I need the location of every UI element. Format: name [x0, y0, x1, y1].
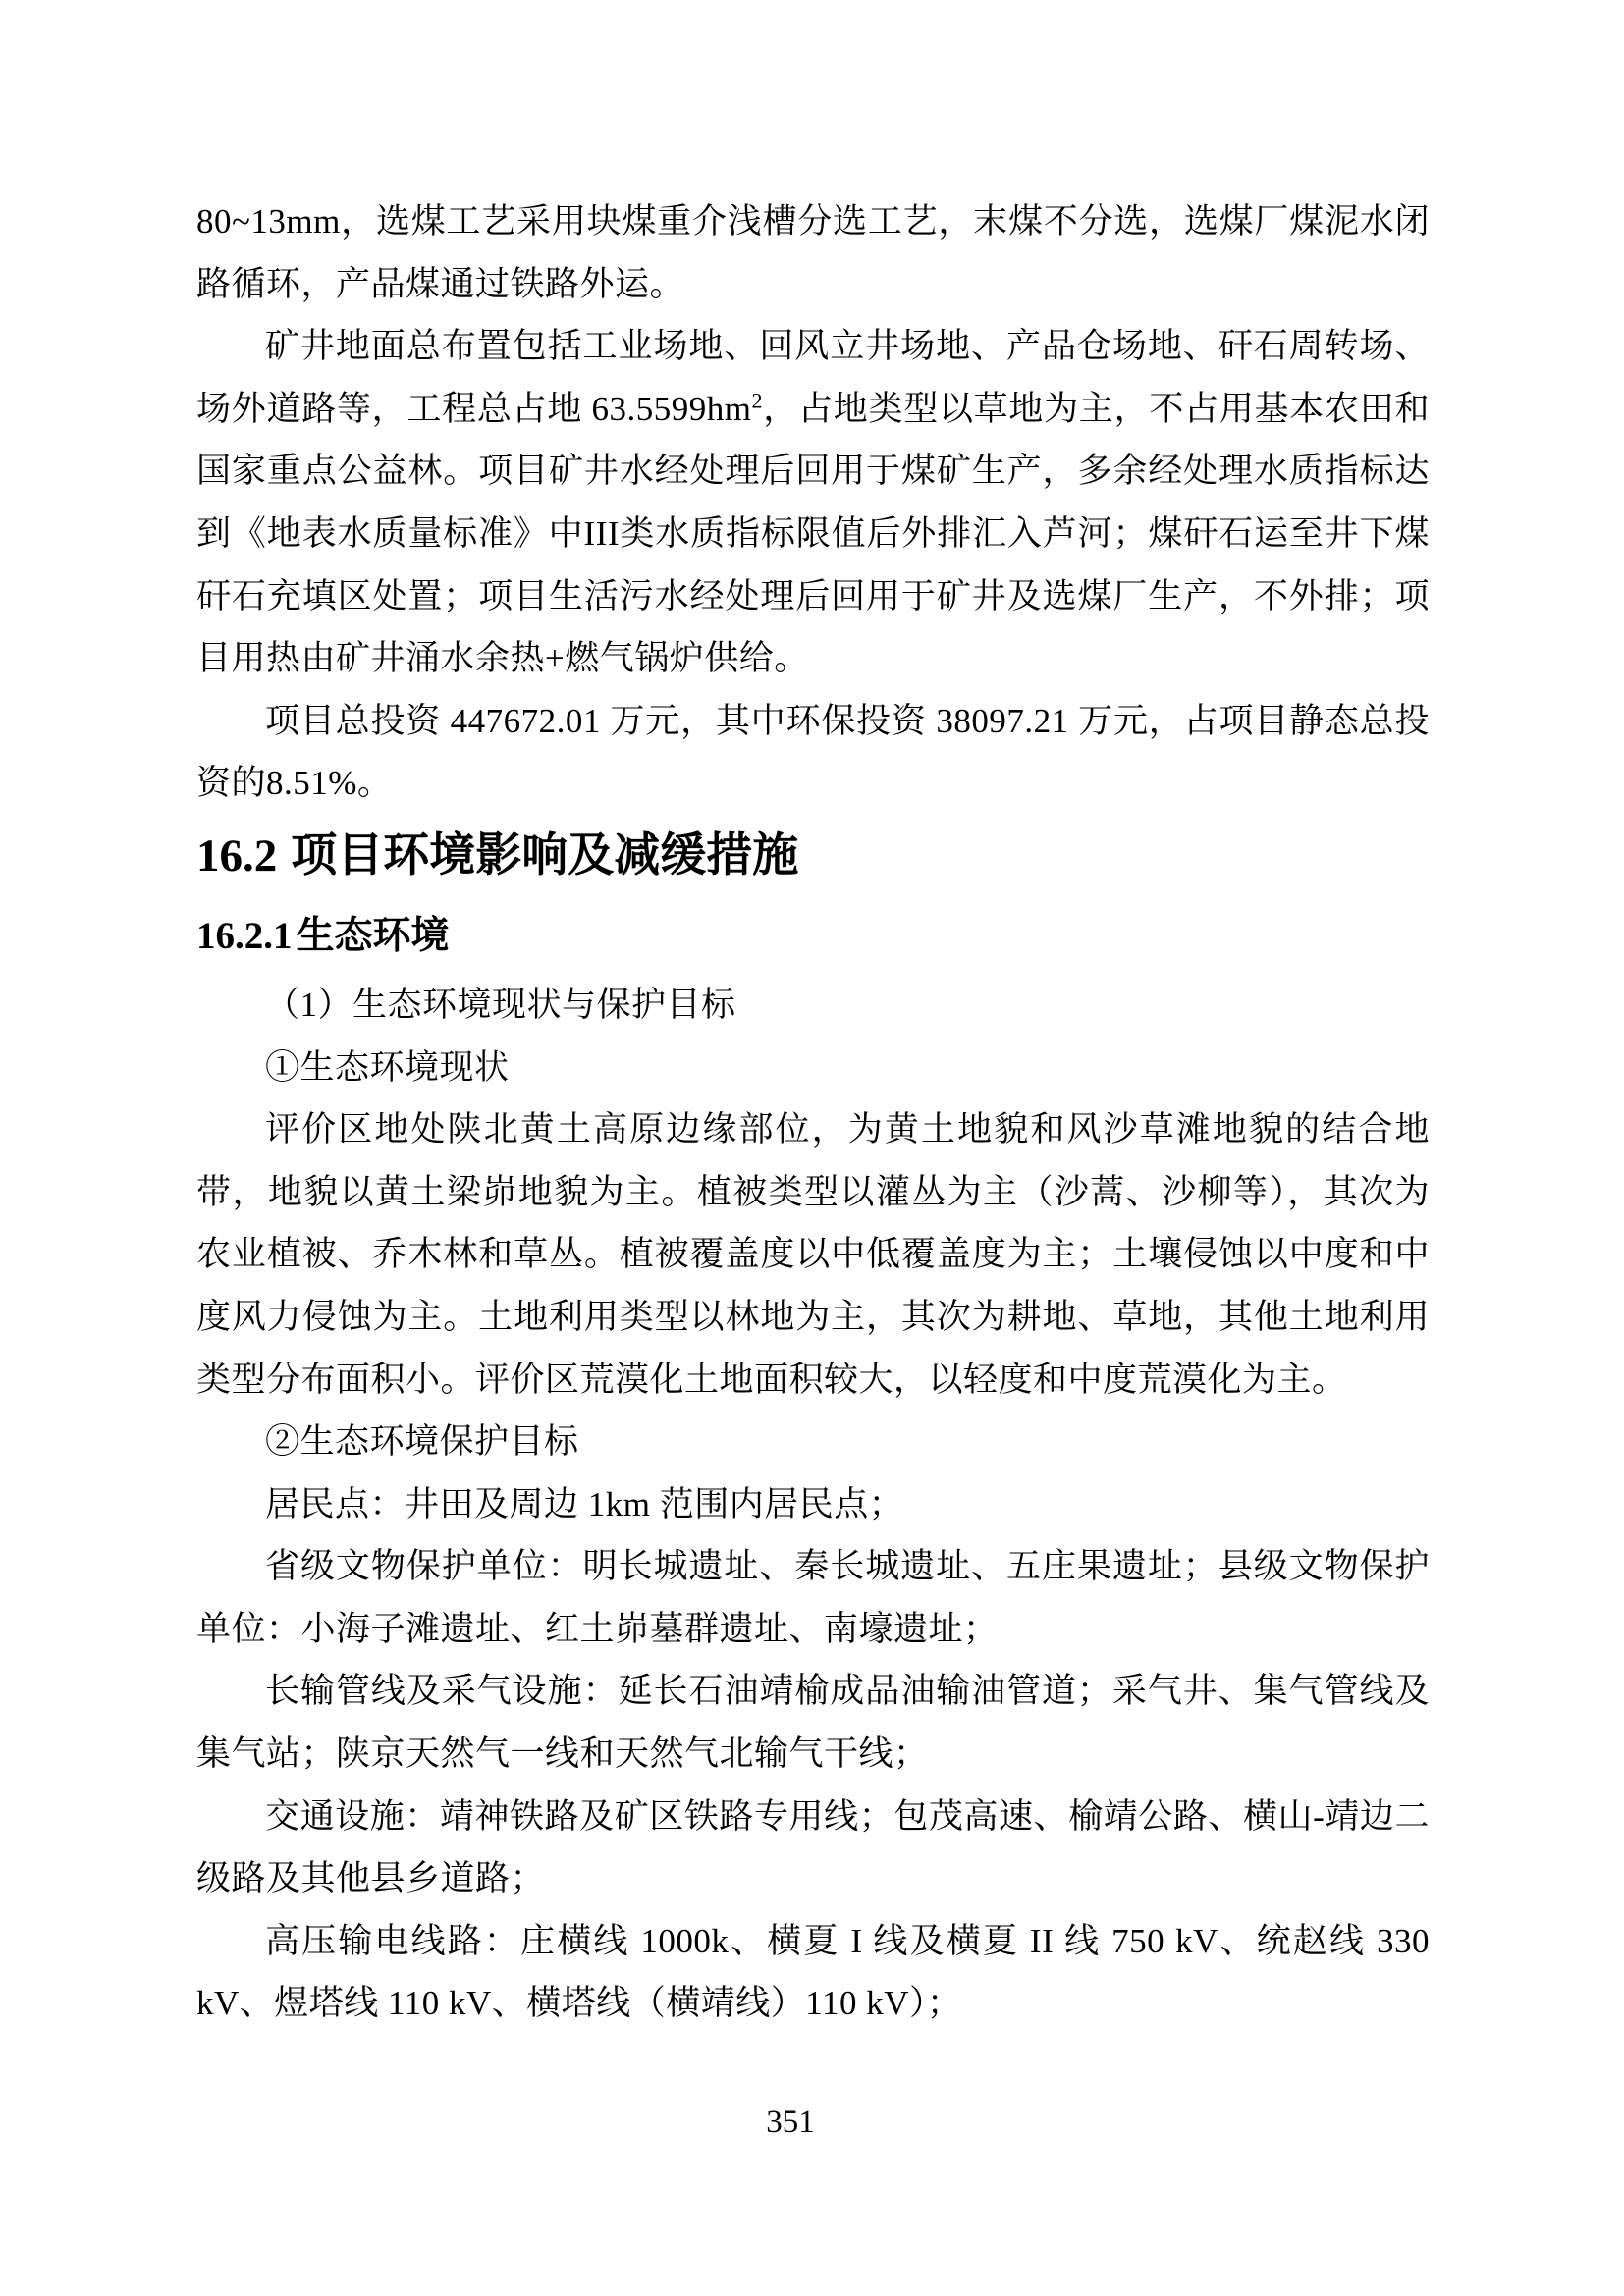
- paragraph-eco-status-subtitle: ①生态环境现状: [196, 1037, 1430, 1099]
- paragraph-residents: 居民点：井田及周边 1km 范围内居民点；: [196, 1473, 1430, 1536]
- paragraph-eco-targets-subtitle: ②生态环境保护目标: [196, 1411, 1430, 1473]
- subsection-title: 生态环境: [297, 915, 450, 957]
- paragraph-eco-status-body: 评价区地处陕北黄土高原边缘部位，为黄土地貌和风沙草滩地貌的结合地带，地貌以黄土梁…: [196, 1098, 1430, 1411]
- paragraph-power-lines: 高压输电线路：庄横线 1000k、横夏 I 线及横夏 II 线 750 kV、统…: [196, 1910, 1430, 2035]
- square-meter-superscript: 2: [752, 388, 764, 412]
- page-body-text: 80~13mm，选煤工艺采用块煤重介浅槽分选工艺，末煤不分选，选煤厂煤泥水闭路循…: [196, 190, 1430, 2035]
- paragraph-coal-process: 80~13mm，选煤工艺采用块煤重介浅槽分选工艺，末煤不分选，选煤厂煤泥水闭路循…: [196, 190, 1430, 315]
- paragraph-site-layout: 矿井地面总布置包括工业场地、回风立井场地、产品仓场地、矸石周转场、场外道路等，工…: [196, 315, 1430, 690]
- paragraph-heritage-sites: 省级文物保护单位：明长城遗址、秦长城遗址、五庄果遗址；县级文物保护单位：小海子滩…: [196, 1535, 1430, 1660]
- paragraph-pipelines: 长输管线及采气设施：延长石油靖榆成品油输油管道；采气井、集气管线及集气站；陕京天…: [196, 1660, 1430, 1785]
- paragraph-investment: 项目总投资 447672.01 万元，其中环保投资 38097.21 万元，占项…: [196, 690, 1430, 815]
- document-page: 80~13mm，选煤工艺采用块煤重介浅槽分选工艺，末煤不分选，选煤厂煤泥水闭路循…: [0, 0, 1624, 2296]
- section-heading-16-2: 16.2项目环境影响及减缓措施: [196, 821, 1430, 890]
- site-layout-text-after-superscript: ，占地类型以草地为主，不占用基本农田和国家重点公益林。项目矿井水经处理后回用于煤…: [196, 390, 1430, 677]
- subsection-heading-16-2-1: 16.2.1生态环境: [196, 902, 1430, 971]
- subsection-number: 16.2.1: [196, 915, 293, 957]
- paragraph-eco-status-title: （1）生态环境现状与保护目标: [196, 974, 1430, 1037]
- section-number: 16.2: [196, 830, 277, 881]
- section-title: 项目环境影响及减缓措施: [291, 828, 798, 881]
- page-number: 351: [196, 2103, 1384, 2142]
- paragraph-transport: 交通设施：靖神铁路及矿区铁路专用线；包茂高速、榆靖公路、横山-靖边二级路及其他县…: [196, 1786, 1430, 1910]
